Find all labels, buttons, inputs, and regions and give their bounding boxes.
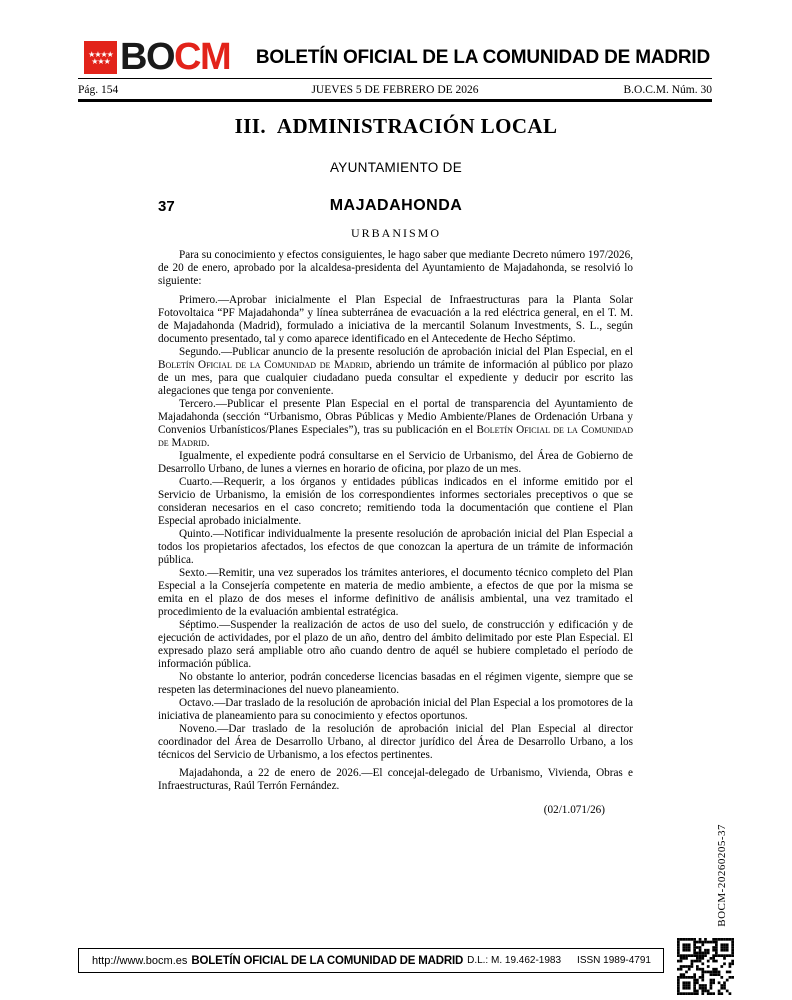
qr-code [677, 938, 734, 995]
paragraph: Para su conocimiento y efectos consiguie… [158, 249, 633, 288]
section-heading: III. ADMINISTRACIÓN LOCAL [0, 114, 792, 139]
paragraph: Majadahonda, a 22 de enero de 2026.—El c… [158, 767, 633, 793]
footer-url: http://www.bocm.es [92, 955, 187, 967]
page-number: Pág. 154 [78, 84, 237, 96]
organization-line: AYUNTAMIENTO DE [0, 160, 792, 175]
logo-cm: CM [174, 36, 230, 78]
header-meta-row: Pág. 154 JUEVES 5 DE FEBRERO DE 2026 B.O… [78, 84, 712, 96]
paragraph: Quinto.—Notificar individualmente la pre… [158, 528, 633, 567]
flag-stars-bottom: ★★★ [91, 58, 110, 65]
bocm-logotype: BOCM [120, 41, 230, 74]
header-rule-thick [78, 99, 712, 102]
department-heading: URBANISMO [0, 226, 792, 241]
paragraph: Tercero.—Publicar el presente Plan Espec… [158, 398, 633, 450]
bulletin-page: ★★★★ ★★★ BOCM BOLETÍN OFICIAL DE LA COMU… [0, 0, 792, 1000]
issue-number: B.O.C.M. Núm. 30 [554, 84, 713, 96]
paragraph: Igualmente, el expediente podrá consulta… [158, 450, 633, 476]
header-rule-thin [78, 78, 712, 79]
logo-bo: BO [120, 36, 174, 78]
footer-deposito-legal: D.L.: M. 19.462-1983 [467, 955, 561, 966]
paragraph: Noveno.—Dar traslado de la resolución de… [158, 723, 633, 762]
bocm-logo: ★★★★ ★★★ BOCM [84, 41, 230, 74]
paragraph: Octavo.—Dar traslado de la resolución de… [158, 697, 633, 723]
paragraph: No obstante lo anterior, podrán conceder… [158, 671, 633, 697]
body-text: Para su conocimiento y efectos consiguie… [158, 249, 633, 817]
footer-bar: http://www.bocm.es BOLETÍN OFICIAL DE LA… [78, 948, 664, 973]
paragraph: Cuarto.—Requerir, a los órganos y entida… [158, 476, 633, 528]
paragraph: Sexto.—Remitir, una vez superados los tr… [158, 567, 633, 619]
municipality-heading: MAJADAHONDA [0, 197, 792, 215]
paragraph: Séptimo.—Suspender la realización de act… [158, 619, 633, 671]
footer-issn: ISSN 1989-4791 [577, 955, 651, 966]
madrid-flag-icon: ★★★★ ★★★ [84, 41, 117, 74]
document-code: BOCM-20260205-37 [716, 824, 728, 927]
paragraph: Segundo.—Publicar anuncio de la presente… [158, 346, 633, 398]
masthead-title: BOLETÍN OFICIAL DE LA COMUNIDAD DE MADRI… [240, 47, 710, 69]
issue-date: JUEVES 5 DE FEBRERO DE 2026 [237, 84, 554, 96]
footer-title: BOLETÍN OFICIAL DE LA COMUNIDAD DE MADRI… [187, 955, 467, 967]
paragraph: (02/1.071/26) [158, 804, 633, 817]
paragraph: Primero.—Aprobar inicialmente el Plan Es… [158, 294, 633, 346]
